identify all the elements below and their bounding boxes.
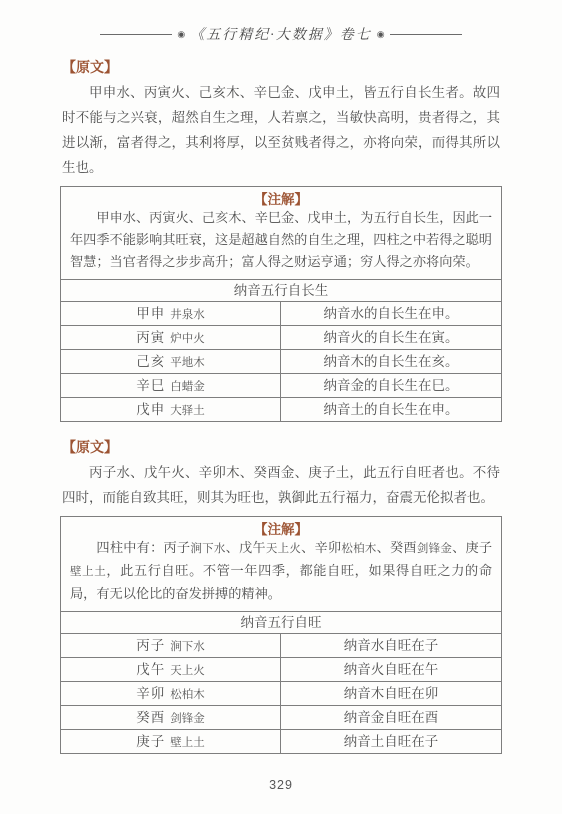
note-box: 【注解】 甲申水、丙寅火、己亥木、辛巳金、戊申土，为五行自长生，因此一年四季不能… [60, 186, 502, 422]
original-text-paragraph: 甲申水、丙寅火、己亥木、辛巳金、戊申土，皆五行自长生者。故四时不能与之兴衰，超然… [62, 80, 500, 180]
header-rule-left [100, 34, 172, 35]
table-cell-desc: 纳音火的自长生在寅。 [281, 326, 501, 349]
table-cell-desc: 纳音水自旺在子 [281, 634, 501, 657]
table-row: 庚子壁上土 纳音土自旺在子 [61, 729, 501, 753]
nayin-name: 涧下水 [190, 543, 225, 555]
table-cell-ganzhi: 癸酉剑锋金 [61, 706, 281, 729]
note-label: 【注解】 [61, 187, 501, 205]
nayin-name: 松柏木 [341, 543, 376, 555]
header-rule-right [390, 34, 462, 35]
page-number: 329 [0, 778, 562, 792]
section-self-wang: 【原文】 丙子水、戊午火、辛卯木、癸酉金、庚子土，此五行自旺者也。不待四时，而能… [60, 438, 502, 754]
table-cell-desc: 纳音金自旺在酉 [281, 706, 501, 729]
nayin-name: 天上火 [170, 665, 205, 677]
original-text-label: 【原文】 [62, 438, 502, 456]
table-cell-ganzhi: 戊午天上火 [61, 658, 281, 681]
book-page: ◉ 《五行精纪·大数据》卷七 ◉ 【原文】 甲申水、丙寅火、己亥木、辛巳金、戊申… [0, 0, 562, 814]
page-title: 《五行精纪·大数据》卷七 [190, 24, 372, 44]
nayin-name: 天上火 [266, 543, 301, 555]
table-cell-ganzhi: 丙寅炉中火 [61, 326, 281, 349]
nayin-name: 松柏木 [170, 689, 205, 701]
table-cell-ganzhi: 丙子涧下水 [61, 634, 281, 657]
table-cell-desc: 纳音火自旺在午 [281, 658, 501, 681]
note-paragraph: 甲申水、丙寅火、己亥木、辛巳金、戊申土，为五行自长生，因此一年四季不能影响其旺衰… [70, 207, 492, 273]
table-row: 甲申井泉水 纳音水的自长生在申。 [61, 301, 501, 325]
table-row: 癸酉剑锋金 纳音金自旺在酉 [61, 705, 501, 729]
nayin-name: 剑锋金 [417, 543, 452, 555]
original-text-label: 【原文】 [62, 58, 502, 76]
section-self-changsheng: 【原文】 甲申水、丙寅火、己亥木、辛巳金、戊申土，皆五行自长生者。故四时不能与之… [60, 58, 502, 422]
page-header: ◉ 《五行精纪·大数据》卷七 ◉ [60, 24, 502, 44]
nayin-name: 壁上土 [170, 737, 205, 749]
nayin-name: 炉中火 [170, 333, 205, 345]
table-cell-desc: 纳音土自旺在子 [281, 730, 501, 753]
table-cell-ganzhi: 己亥平地木 [61, 350, 281, 373]
table-row: 丙寅炉中火 纳音火的自长生在寅。 [61, 325, 501, 349]
nayin-name: 剑锋金 [170, 713, 205, 725]
table-row: 丙子涧下水 纳音水自旺在子 [61, 633, 501, 657]
table-cell-desc: 纳音木的自长生在亥。 [281, 350, 501, 373]
table-cell-ganzhi: 庚子壁上土 [61, 730, 281, 753]
table-cell-ganzhi: 辛卯松柏木 [61, 682, 281, 705]
table-title: 纳音五行自长生 [61, 279, 501, 301]
nayin-name: 井泉水 [170, 309, 205, 321]
header-ornament-right-icon: ◉ [377, 30, 385, 39]
note-paragraph: 四柱中有：丙子涧下水、戊午天上火、辛卯松柏木、癸酉剑锋金、庚子壁上土，此五行自旺… [70, 537, 492, 605]
original-text-paragraph: 丙子水、戊午火、辛卯木、癸酉金、庚子土，此五行自旺者也。不待四时，而能自致其旺，… [62, 460, 500, 510]
header-ornament-left-icon: ◉ [177, 30, 185, 39]
table-row: 戊午天上火 纳音火自旺在午 [61, 657, 501, 681]
table-cell-ganzhi: 辛巳白蜡金 [61, 374, 281, 397]
table-cell-ganzhi: 甲申井泉水 [61, 302, 281, 325]
table-cell-ganzhi: 戊申大驿土 [61, 398, 281, 421]
nayin-name: 白蜡金 [170, 381, 205, 393]
nayin-name: 涧下水 [170, 641, 205, 653]
table-cell-desc: 纳音金的自长生在巳。 [281, 374, 501, 397]
table-row: 戊申大驿土 纳音土的自长生在申。 [61, 397, 501, 421]
table-cell-desc: 纳音木自旺在卯 [281, 682, 501, 705]
table-row: 己亥平地木 纳音木的自长生在亥。 [61, 349, 501, 373]
table-cell-desc: 纳音土的自长生在申。 [281, 398, 501, 421]
nayin-name: 大驿土 [170, 405, 205, 417]
note-label: 【注解】 [61, 517, 501, 535]
table-row: 辛巳白蜡金 纳音金的自长生在巳。 [61, 373, 501, 397]
note-box: 【注解】 四柱中有：丙子涧下水、戊午天上火、辛卯松柏木、癸酉剑锋金、庚子壁上土，… [60, 516, 502, 754]
nayin-name: 平地木 [170, 357, 205, 369]
table-title: 纳音五行自旺 [61, 611, 501, 633]
table-cell-desc: 纳音水的自长生在申。 [281, 302, 501, 325]
nayin-name: 壁上土 [70, 566, 106, 578]
table-row: 辛卯松柏木 纳音木自旺在卯 [61, 681, 501, 705]
